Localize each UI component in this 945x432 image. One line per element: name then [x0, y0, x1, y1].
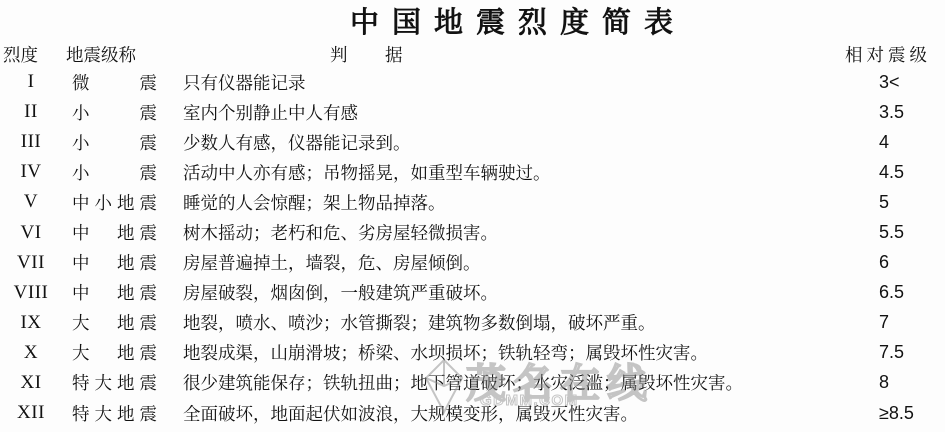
magnitude-name: 特大地震: [72, 401, 157, 426]
magnitude-name: 微 震: [72, 70, 157, 95]
table-rows: I 微 震 只有仪器能记录 3< II 小 震 室内个别静止中人有感 3.5 I…: [0, 67, 945, 428]
table-row: VIII 中 地震 房屋破裂，烟囱倒，一般建筑严重破坏。 6.5: [0, 278, 945, 308]
page-title: 中国地震烈度简表: [350, 0, 686, 41]
table-row: XII 特大地震 全面破坏，地面起伏如波浪，大规模变形，属毁灭性灾害。 ≥8.5: [0, 398, 945, 428]
table-row: VII 中 地震 房屋普遍掉土，墙裂，危、房屋倾倒。 6: [0, 248, 945, 278]
criteria-text: 睡觉的人会惊醒；架上物品掉落。: [183, 190, 879, 215]
magnitude-name: 中小地震: [72, 190, 157, 215]
magnitude-name: 小 震: [72, 160, 157, 185]
relative-magnitude-value: 3<: [879, 72, 945, 93]
criteria-text: 活动中人亦有感；吊物摇晃，如重型车辆驶过。: [183, 160, 879, 185]
intensity-value: IV: [0, 161, 62, 183]
intensity-value: II: [0, 101, 62, 123]
table-row: II 小 震 室内个别静止中人有感 3.5: [0, 97, 945, 127]
relative-magnitude-value: 8: [879, 372, 945, 393]
intensity-value: I: [0, 71, 62, 93]
relative-magnitude-value: 4: [879, 132, 945, 153]
table-row: I 微 震 只有仪器能记录 3<: [0, 67, 945, 97]
table-row: VI 中 地震 树木摇动；老朽和危、劣房屋轻微损害。 5.5: [0, 217, 945, 247]
header-intensity: 烈度: [3, 42, 38, 67]
intensity-value: V: [0, 191, 62, 213]
intensity-value: XII: [0, 402, 62, 424]
criteria-text: 室内个别静止中人有感: [183, 100, 879, 125]
criteria-text: 地裂，喷水、喷沙；水管撕裂；建筑物多数倒塌，破坏严重。: [183, 310, 879, 335]
table-row: XI 特大地震 很少建筑能保存；铁轨扭曲；地下管道破坏；水灾泛滥；属毁坏性灾害。…: [0, 368, 945, 398]
intensity-value: XI: [0, 372, 62, 394]
magnitude-name: 中 地震: [72, 220, 157, 245]
table-row: III 小 震 少数人有感，仪器能记录到。 4: [0, 127, 945, 157]
relative-magnitude-value: 6: [879, 252, 945, 273]
relative-magnitude-value: 3.5: [879, 102, 945, 123]
relative-magnitude-value: 6.5: [879, 282, 945, 303]
magnitude-name: 小 震: [72, 130, 157, 155]
magnitude-name: 小 震: [72, 100, 157, 125]
header-criteria: 判 据: [330, 42, 413, 67]
magnitude-name: 大 地震: [72, 340, 157, 365]
table-row: IX 大 地震 地裂，喷水、喷沙；水管撕裂；建筑物多数倒塌，破坏严重。 7: [0, 308, 945, 338]
intensity-value: X: [0, 342, 62, 364]
relative-magnitude-value: 5: [879, 192, 945, 213]
criteria-text: 很少建筑能保存；铁轨扭曲；地下管道破坏；水灾泛滥；属毁坏性灾害。: [183, 370, 879, 395]
magnitude-name: 中 地震: [72, 250, 157, 275]
criteria-text: 地裂成渠，山崩滑坡；桥梁、水坝损坏；铁轨轻弯；属毁坏性灾害。: [183, 340, 879, 365]
intensity-value: III: [0, 131, 62, 153]
relative-magnitude-value: 7: [879, 312, 945, 333]
header-relative-magnitude: 相对震级: [845, 42, 931, 67]
header-magnitude-name: 地震级称: [66, 42, 136, 67]
criteria-text: 树木摇动；老朽和危、劣房屋轻微损害。: [183, 220, 879, 245]
relative-magnitude-value: ≥8.5: [879, 403, 945, 424]
magnitude-name: 中 地震: [72, 280, 157, 305]
relative-magnitude-value: 5.5: [879, 222, 945, 243]
criteria-text: 只有仪器能记录: [183, 70, 879, 95]
relative-magnitude-value: 4.5: [879, 162, 945, 183]
intensity-value: VIII: [0, 282, 62, 304]
magnitude-name: 特大地震: [72, 370, 157, 395]
table-row: X 大 地震 地裂成渠，山崩滑坡；桥梁、水坝损坏；铁轨轻弯；属毁坏性灾害。 7.…: [0, 338, 945, 368]
relative-magnitude-value: 7.5: [879, 342, 945, 363]
table-row: V 中小地震 睡觉的人会惊醒；架上物品掉落。 5: [0, 187, 945, 217]
intensity-value: VI: [0, 222, 62, 244]
criteria-text: 房屋破裂，烟囱倒，一般建筑严重破坏。: [183, 280, 879, 305]
intensity-value: VII: [0, 252, 62, 274]
criteria-text: 少数人有感，仪器能记录到。: [183, 130, 879, 155]
criteria-text: 全面破坏，地面起伏如波浪，大规模变形，属毁灭性灾害。: [183, 401, 879, 426]
table-row: IV 小 震 活动中人亦有感；吊物摇晃，如重型车辆驶过。 4.5: [0, 157, 945, 187]
table-header-row: 烈度 地震级称 判 据 相对震级: [0, 42, 945, 64]
criteria-text: 房屋普遍掉土，墙裂，危、房屋倾倒。: [183, 250, 879, 275]
intensity-value: IX: [0, 312, 62, 334]
magnitude-name: 大 地震: [72, 310, 157, 335]
